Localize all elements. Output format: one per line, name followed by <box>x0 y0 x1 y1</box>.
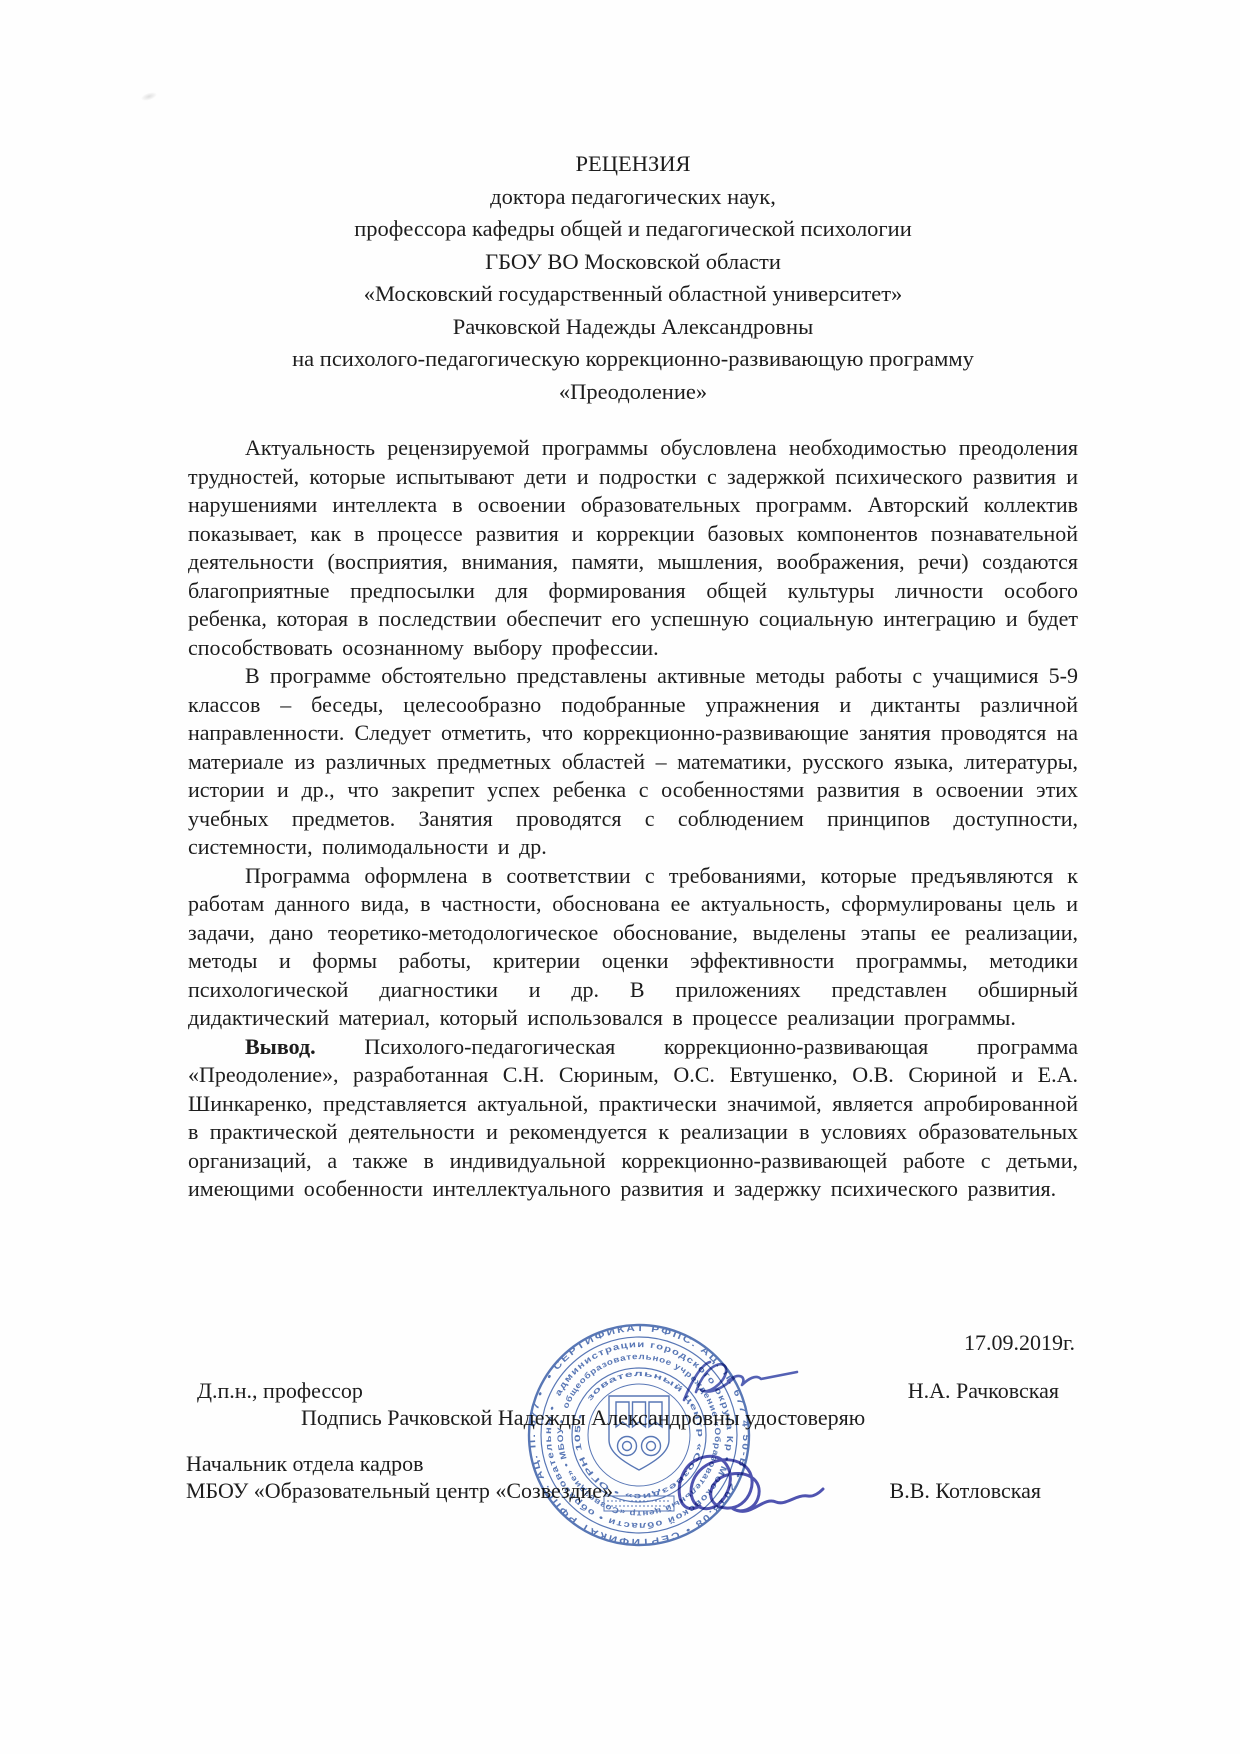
header-line-institution: ГБОУ ВО Московской области <box>188 246 1078 279</box>
document-header: РЕЦЕНЗИЯ доктора педагогических наук, пр… <box>188 0 1078 408</box>
review-date: 17.09.2019г. <box>964 1329 1075 1356</box>
reviewer-role: Д.п.н., профессор <box>197 1377 363 1404</box>
reviewer-handwritten-signature <box>676 1350 806 1410</box>
hr-name: В.В. Котловская <box>890 1477 1041 1504</box>
hr-role: Начальник отдела кадров <box>186 1450 423 1477</box>
document-content: РЕЦЕНЗИЯ доктора педагогических наук, пр… <box>188 0 1078 1204</box>
hr-handwritten-signature <box>666 1424 826 1524</box>
document-body: Актуальность рецензируемой программы обу… <box>188 434 1078 1204</box>
document-title: РЕЦЕНЗИЯ <box>188 148 1078 181</box>
conclusion-text: Психолого-педагогическая коррекционно-ра… <box>188 1034 1078 1202</box>
header-line-reviewer: Рачковской Надежды Александровны <box>188 311 1078 344</box>
paragraph-relevance: Актуальность рецензируемой программы обу… <box>188 434 1078 662</box>
header-line-subject: на психолого-педагогическую коррекционно… <box>188 343 1078 376</box>
header-line-program: «Преодоление» <box>188 376 1078 409</box>
reviewer-name: Н.А. Рачковская <box>908 1377 1059 1404</box>
header-line-position: профессора кафедры общей и педагогическо… <box>188 213 1078 246</box>
scanned-review-document: РЕЦЕНЗИЯ доктора педагогических наук, пр… <box>0 0 1240 1754</box>
header-line-degree: доктора педагогических наук, <box>188 181 1078 214</box>
paragraph-conclusion: Вывод. Психолого-педагогическая коррекци… <box>188 1033 1078 1204</box>
conclusion-label: Вывод. <box>245 1034 316 1059</box>
stamp-shield-emblem <box>609 1396 669 1470</box>
scan-artifact <box>140 91 157 103</box>
header-line-university: «Московский государственный областной ун… <box>188 278 1078 311</box>
paragraph-structure: Программа оформлена в соответствии с тре… <box>188 862 1078 1033</box>
paragraph-methods: В программе обстоятельно представлены ак… <box>188 662 1078 862</box>
